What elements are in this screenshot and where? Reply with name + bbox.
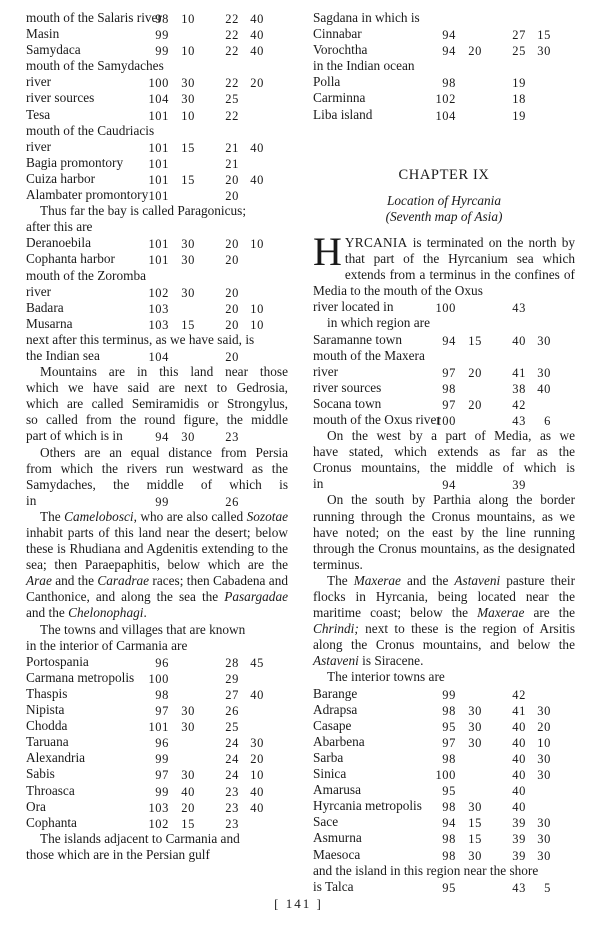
- text: and the: [401, 573, 454, 588]
- paragraph-maxerae: The Maxerae and the Astaveni pasture the…: [313, 573, 575, 670]
- longitude-minutes: 20: [458, 365, 482, 381]
- place-name: Sabis: [26, 766, 55, 782]
- latitude-minutes: 40: [240, 800, 264, 816]
- place-name: mouth of the Oxus river: [313, 412, 441, 428]
- latitude-minutes: 5: [527, 880, 551, 896]
- latitude-degrees: 19: [502, 108, 526, 124]
- island-line: and the island in this region near the s…: [313, 863, 575, 879]
- latitude-minutes: 10: [240, 236, 264, 252]
- longitude-degrees: 98: [432, 751, 456, 767]
- text-line: so called from the round figure, the mid…: [26, 412, 288, 428]
- longitude-minutes: 30: [171, 91, 195, 107]
- longitude-degrees: 99: [145, 27, 169, 43]
- latitude-degrees: 24: [215, 735, 239, 751]
- longitude-degrees: 99: [145, 494, 169, 510]
- place-name: in: [26, 493, 36, 509]
- latitude-degrees: 22: [215, 11, 239, 27]
- italic-people-name: Camelobosci: [64, 509, 133, 524]
- place-name: Throasca: [26, 783, 75, 799]
- coord-row: Casape95304020: [313, 718, 575, 734]
- latitude-degrees: 20: [215, 301, 239, 317]
- longitude-degrees: 94: [145, 429, 169, 445]
- latitude-degrees: 26: [215, 703, 239, 719]
- longitude-degrees: 100: [432, 413, 456, 429]
- latitude-minutes: 30: [527, 703, 551, 719]
- coord-row: mouth of the Oxus river100436: [313, 412, 575, 428]
- longitude-degrees: 94: [432, 477, 456, 493]
- coord-row: Sace94153930: [313, 814, 575, 830]
- place-name: river: [26, 284, 51, 300]
- text-line: Samydaches, the middle of which is: [26, 477, 288, 493]
- longitude-minutes: 10: [171, 108, 195, 124]
- longitude-degrees: 97: [145, 703, 169, 719]
- place-name: Alexandria: [26, 750, 85, 766]
- longitude-minutes: 30: [458, 703, 482, 719]
- latitude-degrees: 40: [502, 333, 526, 349]
- latitude-degrees: 19: [502, 75, 526, 91]
- text: and the: [52, 573, 98, 588]
- latitude-minutes: 30: [527, 815, 551, 831]
- place-name: Ora: [26, 799, 46, 815]
- left-column: mouth of the Salaris river98102240Masin9…: [26, 10, 288, 863]
- longitude-degrees: 100: [432, 767, 456, 783]
- place-name: Polla: [313, 74, 340, 90]
- latitude-degrees: 20: [215, 349, 239, 365]
- latitude-degrees: 40: [502, 767, 526, 783]
- latitude-degrees: 20: [215, 188, 239, 204]
- place-name: Maesoca: [313, 847, 360, 863]
- chapter-subtitle: Location of Hyrcania (Seventh map of Asi…: [313, 193, 575, 225]
- latitude-degrees: 22: [215, 75, 239, 91]
- longitude-degrees: 100: [145, 671, 169, 687]
- text-line: which are called Semiramidis or Strongyl…: [26, 396, 288, 412]
- place-name: Cophanta harbor: [26, 251, 115, 267]
- coord-row: Alambater promontory10120: [26, 187, 288, 203]
- place-name: river sources: [26, 90, 94, 106]
- coord-row: Taruana962430: [26, 734, 288, 750]
- latitude-degrees: 42: [502, 687, 526, 703]
- coord-row: Sabis97302410: [26, 766, 288, 782]
- right-column: Sagdana in which isCinnabar942715Vorocht…: [313, 10, 575, 895]
- coord-table-salaris: mouth of the Salaris river98102240Masin9…: [26, 10, 288, 203]
- coord-row-indian-sea: the Indian sea10420: [26, 348, 288, 364]
- text-line: from which the rivers run westward as th…: [26, 461, 288, 477]
- coord-row-mountains: part of which is in943023: [26, 428, 288, 444]
- latitude-degrees: 40: [502, 751, 526, 767]
- longitude-degrees: 101: [145, 172, 169, 188]
- latitude-degrees: 24: [215, 767, 239, 783]
- italic-people-name: Chelonophagi: [68, 605, 143, 620]
- latitude-degrees: 25: [502, 43, 526, 59]
- longitude-degrees: 103: [145, 301, 169, 317]
- coord-row: Liba island10419: [313, 107, 575, 123]
- coord-row: Polla9819: [313, 74, 575, 90]
- place-name: mouth of the Zoromba: [26, 268, 146, 284]
- latitude-degrees: 22: [215, 43, 239, 59]
- longitude-degrees: 103: [145, 800, 169, 816]
- coord-row: mouth of the Salaris river98102240: [26, 10, 288, 26]
- longitude-degrees: 104: [145, 91, 169, 107]
- place-name: Hyrcania metropolis: [313, 798, 422, 814]
- paragraph-islands-cont: those which are in the Persian gulf: [26, 847, 288, 863]
- italic-people-name: Astaveni: [313, 653, 359, 668]
- place-name: Nipista: [26, 702, 64, 718]
- latitude-degrees: 20: [215, 172, 239, 188]
- place-name: Portospania: [26, 654, 89, 670]
- place-name: Socana town: [313, 396, 381, 412]
- place-name: Bagia promontory: [26, 155, 123, 171]
- place-name: Badara: [26, 300, 64, 316]
- latitude-minutes: 10: [240, 301, 264, 317]
- latitude-degrees: 20: [215, 252, 239, 268]
- latitude-degrees: 43: [502, 880, 526, 896]
- coord-row: mouth of the Samydaches: [26, 58, 288, 74]
- coord-table-hyrcania-coast: Saramanne town94154030mouth of the Maxer…: [313, 332, 575, 429]
- text-line: Others are an equal distance from Persia: [26, 445, 288, 461]
- longitude-degrees: 95: [432, 719, 456, 735]
- longitude-degrees: 98: [432, 381, 456, 397]
- place-name: Chodda: [26, 718, 67, 734]
- place-name: Asmurna: [313, 830, 362, 846]
- text-line: On the west by a part of Media, as we: [313, 428, 575, 444]
- coord-row: Socana town972042: [313, 396, 575, 412]
- latitude-degrees: 41: [502, 703, 526, 719]
- place-name: part of which is in: [26, 428, 123, 444]
- place-name: Vorochtha: [313, 42, 367, 58]
- latitude-minutes: 10: [527, 735, 551, 751]
- latitude-minutes: 20: [240, 751, 264, 767]
- place-name: in: [313, 476, 323, 492]
- longitude-degrees: 103: [145, 317, 169, 333]
- longitude-degrees: 98: [432, 75, 456, 91]
- latitude-minutes: 30: [527, 767, 551, 783]
- coord-row: mouth of the Maxera: [313, 348, 575, 364]
- place-name: mouth of the Caudriacis: [26, 123, 154, 139]
- latitude-degrees: 20: [215, 285, 239, 301]
- chapter-title: CHAPTER IX: [313, 167, 575, 183]
- longitude-degrees: 98: [432, 848, 456, 864]
- drop-cap: H: [313, 236, 342, 268]
- paragraph-south: On the south by Parthia along the border…: [313, 492, 575, 572]
- latitude-degrees: 20: [215, 236, 239, 252]
- latitude-degrees: 27: [502, 27, 526, 43]
- place-name: river: [26, 74, 51, 90]
- latitude-degrees: 43: [502, 413, 526, 429]
- longitude-minutes: 15: [171, 816, 195, 832]
- longitude-minutes: 15: [458, 333, 482, 349]
- latitude-degrees: 39: [502, 848, 526, 864]
- latitude-degrees: 25: [215, 719, 239, 735]
- coord-row: Musarna103152010: [26, 316, 288, 332]
- longitude-degrees: 97: [432, 735, 456, 751]
- latitude-minutes: 40: [527, 381, 551, 397]
- text-line: Mountains are in this land near those: [26, 364, 288, 380]
- coord-row: Alexandria992420: [26, 750, 288, 766]
- text: The: [40, 509, 64, 524]
- longitude-degrees: 102: [432, 91, 456, 107]
- longitude-minutes: 30: [171, 236, 195, 252]
- page-number: [ 141 ]: [0, 896, 597, 912]
- latitude-degrees: 39: [502, 815, 526, 831]
- latitude-degrees: 21: [215, 156, 239, 172]
- longitude-degrees: 100: [145, 75, 169, 91]
- longitude-degrees: 96: [145, 655, 169, 671]
- latitude-minutes: 30: [240, 735, 264, 751]
- paragraph-mountains: Mountains are in this land near thosewhi…: [26, 364, 288, 428]
- latitude-degrees: 40: [502, 719, 526, 735]
- place-name: Deranoebila: [26, 235, 91, 251]
- latitude-degrees: 20: [215, 317, 239, 333]
- text: is Siracene.: [359, 653, 424, 668]
- longitude-degrees: 101: [145, 108, 169, 124]
- coord-row: Cuiza harbor101152040: [26, 171, 288, 187]
- coord-table-islands: Sagdana in which isCinnabar942715Vorocht…: [313, 10, 575, 123]
- coord-row: Adrapsa98304130: [313, 702, 575, 718]
- latitude-minutes: 40: [240, 27, 264, 43]
- latitude-degrees: 23: [215, 784, 239, 800]
- text: .: [143, 605, 146, 620]
- latitude-minutes: 40: [240, 140, 264, 156]
- latitude-minutes: 40: [240, 11, 264, 27]
- place-name: Sace: [313, 814, 338, 830]
- longitude-minutes: 15: [458, 831, 482, 847]
- place-name: river: [26, 139, 51, 155]
- latitude-minutes: 45: [240, 655, 264, 671]
- latitude-minutes: 30: [527, 831, 551, 847]
- longitude-minutes: 10: [171, 11, 195, 27]
- latitude-minutes: 40: [240, 687, 264, 703]
- longitude-minutes: 15: [171, 317, 195, 333]
- text-line: Cronus mountains, the middle of which is: [313, 460, 575, 476]
- latitude-minutes: 6: [527, 413, 551, 429]
- italic-people-name: Astaveni: [454, 573, 500, 588]
- place-name: river sources: [313, 380, 381, 396]
- text: inhabit parts of this land near the dese…: [26, 525, 288, 572]
- longitude-degrees: 98: [432, 799, 456, 815]
- place-name: Carminna: [313, 90, 365, 106]
- paragraph-interior-towns: The interior towns are: [313, 669, 575, 685]
- longitude-degrees: 99: [145, 751, 169, 767]
- italic-people-name: Sozotae: [247, 509, 288, 524]
- coord-row: Tesa1011022: [26, 107, 288, 123]
- coord-row: Cophanta harbor1013020: [26, 251, 288, 267]
- longitude-degrees: 97: [432, 397, 456, 413]
- latitude-minutes: 30: [527, 365, 551, 381]
- longitude-degrees: 98: [145, 687, 169, 703]
- coord-row: mouth of the Caudriacis: [26, 123, 288, 139]
- place-name: Cinnabar: [313, 26, 362, 42]
- longitude-degrees: 99: [145, 43, 169, 59]
- coord-row: Sarba984030: [313, 750, 575, 766]
- longitude-degrees: 100: [432, 300, 456, 316]
- place-name: in the Indian ocean: [313, 58, 415, 74]
- longitude-minutes: 30: [171, 75, 195, 91]
- longitude-minutes: 20: [171, 800, 195, 816]
- latitude-degrees: 23: [215, 800, 239, 816]
- longitude-degrees: 104: [145, 349, 169, 365]
- coord-table-carmania-towns: Portospania962845Carmana metropolis10029…: [26, 654, 288, 831]
- italic-people-name: Pasargadae: [224, 589, 288, 604]
- place-name: Alambater promontory: [26, 187, 148, 203]
- place-name: Abarbena: [313, 734, 365, 750]
- text: are the: [524, 605, 575, 620]
- coord-row: Amarusa9540: [313, 782, 575, 798]
- coord-row: Abarbena97304010: [313, 734, 575, 750]
- longitude-minutes: 30: [171, 767, 195, 783]
- place-name: Amarusa: [313, 782, 361, 798]
- coord-row: Chodda1013025: [26, 718, 288, 734]
- longitude-degrees: 101: [145, 188, 169, 204]
- place-name: Sarba: [313, 750, 343, 766]
- coord-row: Vorochtha94202530: [313, 42, 575, 58]
- place-name: river: [313, 364, 338, 380]
- latitude-degrees: 18: [502, 91, 526, 107]
- place-name: Sinica: [313, 766, 346, 782]
- longitude-degrees: 96: [145, 735, 169, 751]
- longitude-degrees: 98: [432, 831, 456, 847]
- coord-row: Asmurna98153930: [313, 830, 575, 846]
- coord-row: mouth of the Zoromba: [26, 268, 288, 284]
- longitude-minutes: 30: [458, 719, 482, 735]
- place-name: Masin: [26, 26, 59, 42]
- latitude-degrees: 39: [502, 831, 526, 847]
- latitude-minutes: 10: [240, 317, 264, 333]
- longitude-degrees: 99: [145, 784, 169, 800]
- coord-row: Barange9942: [313, 686, 575, 702]
- coord-row: in9439: [313, 476, 575, 492]
- italic-people-name: Arae: [26, 573, 52, 588]
- coord-row: Deranoebila101302010: [26, 235, 288, 251]
- text-line: have stated, which extends as far as the: [313, 444, 575, 460]
- coord-row-others: in9926: [26, 493, 288, 509]
- longitude-minutes: 30: [458, 799, 482, 815]
- coord-row: in9926: [26, 493, 288, 509]
- longitude-degrees: 95: [432, 880, 456, 896]
- longitude-degrees: 101: [145, 252, 169, 268]
- coord-row: Saramanne town94154030: [313, 332, 575, 348]
- longitude-degrees: 101: [145, 140, 169, 156]
- coord-row: Carminna10218: [313, 90, 575, 106]
- paragraph-intro: HYRCANIA is terminated on the north by t…: [313, 235, 575, 299]
- longitude-degrees: 101: [145, 719, 169, 735]
- place-name: Tesa: [26, 107, 50, 123]
- longitude-degrees: 101: [145, 236, 169, 252]
- longitude-minutes: 30: [171, 429, 195, 445]
- paragraph-paragonicus: Thus far the bay is called Paragonicus;: [26, 203, 288, 219]
- coord-table-deranoebila: Deranoebila101302010Cophanta harbor10130…: [26, 235, 288, 332]
- longitude-minutes: 15: [171, 140, 195, 156]
- latitude-minutes: 30: [527, 333, 551, 349]
- paragraph-islands: The islands adjacent to Carmania and: [26, 831, 288, 847]
- paragraph-towns-cont: in the interior of Carmania are: [26, 638, 288, 654]
- coord-row: Maesoca98303930: [313, 847, 575, 863]
- coord-row: Hyrcania metropolis983040: [313, 798, 575, 814]
- longitude-minutes: 10: [171, 43, 195, 59]
- subtitle-line-2: (Seventh map of Asia): [313, 209, 575, 225]
- latitude-minutes: 10: [240, 767, 264, 783]
- terminus-line: next after this terminus, as we have sai…: [26, 332, 288, 348]
- latitude-minutes: 20: [240, 75, 264, 91]
- latitude-minutes: 40: [240, 172, 264, 188]
- latitude-minutes: 30: [527, 848, 551, 864]
- coord-row: Thaspis982740: [26, 686, 288, 702]
- coord-row: Sagdana in which is: [313, 10, 575, 26]
- coord-row: Portospania962845: [26, 654, 288, 670]
- coord-row: is Talca95435: [313, 879, 575, 895]
- paragraph-camelobosci: The Camelobosci, who are also called Soz…: [26, 509, 288, 622]
- coord-row: river1023020: [26, 284, 288, 300]
- longitude-degrees: 97: [432, 365, 456, 381]
- coord-row-river-located: river located in10043: [313, 299, 575, 315]
- latitude-minutes: 20: [527, 719, 551, 735]
- place-name: is Talca: [313, 879, 354, 895]
- latitude-minutes: 30: [527, 751, 551, 767]
- coord-table-hyrcania-towns: Barange9942Adrapsa98304130Casape95304020…: [313, 686, 575, 863]
- in-which-region-line: in which region are: [313, 315, 575, 331]
- longitude-degrees: 94: [432, 27, 456, 43]
- latitude-degrees: 26: [215, 494, 239, 510]
- longitude-minutes: 30: [171, 703, 195, 719]
- coord-row: the Indian sea10420: [26, 348, 288, 364]
- coord-row-talca: is Talca95435: [313, 879, 575, 895]
- paragraph-others: Others are an equal distance from Persia…: [26, 445, 288, 493]
- latitude-degrees: 40: [502, 735, 526, 751]
- intro-caps: YRCANIA: [345, 235, 408, 250]
- longitude-minutes: 30: [171, 252, 195, 268]
- longitude-degrees: 97: [145, 767, 169, 783]
- place-name: Saramanne town: [313, 332, 402, 348]
- longitude-minutes: 20: [458, 397, 482, 413]
- coord-row: river100302220: [26, 74, 288, 90]
- coord-row: river97204130: [313, 364, 575, 380]
- longitude-minutes: 30: [458, 735, 482, 751]
- coord-row: Samydaca99102240: [26, 42, 288, 58]
- longitude-degrees: 99: [432, 687, 456, 703]
- coord-row: Ora103202340: [26, 799, 288, 815]
- place-name: Samydaca: [26, 42, 81, 58]
- place-name: Cophanta: [26, 815, 77, 831]
- latitude-degrees: 43: [502, 300, 526, 316]
- paragraph-west: On the west by a part of Media, as wehav…: [313, 428, 575, 476]
- latitude-degrees: 40: [502, 783, 526, 799]
- coord-row: Nipista973026: [26, 702, 288, 718]
- text: and the: [26, 605, 68, 620]
- latitude-degrees: 21: [215, 140, 239, 156]
- longitude-minutes: 30: [458, 848, 482, 864]
- latitude-minutes: 40: [240, 43, 264, 59]
- coord-row: Masin992240: [26, 26, 288, 42]
- place-name: Adrapsa: [313, 702, 357, 718]
- place-name: the Indian sea: [26, 348, 100, 364]
- coord-row: Sinica1004030: [313, 766, 575, 782]
- text: , who are also called: [134, 509, 247, 524]
- longitude-minutes: 15: [171, 172, 195, 188]
- italic-people-name: Maxerae: [477, 605, 524, 620]
- coord-row-west: in9439: [313, 476, 575, 492]
- paragraph-towns: The towns and villages that are known: [26, 622, 288, 638]
- longitude-minutes: 30: [171, 285, 195, 301]
- italic-people-name: Maxerae: [354, 573, 401, 588]
- longitude-degrees: 98: [145, 11, 169, 27]
- place-name: Taruana: [26, 734, 69, 750]
- longitude-degrees: 102: [145, 285, 169, 301]
- latitude-degrees: 23: [215, 816, 239, 832]
- longitude-degrees: 94: [432, 815, 456, 831]
- coord-row: river101152140: [26, 139, 288, 155]
- longitude-degrees: 94: [432, 333, 456, 349]
- place-name: river located in: [313, 299, 393, 315]
- longitude-degrees: 104: [432, 108, 456, 124]
